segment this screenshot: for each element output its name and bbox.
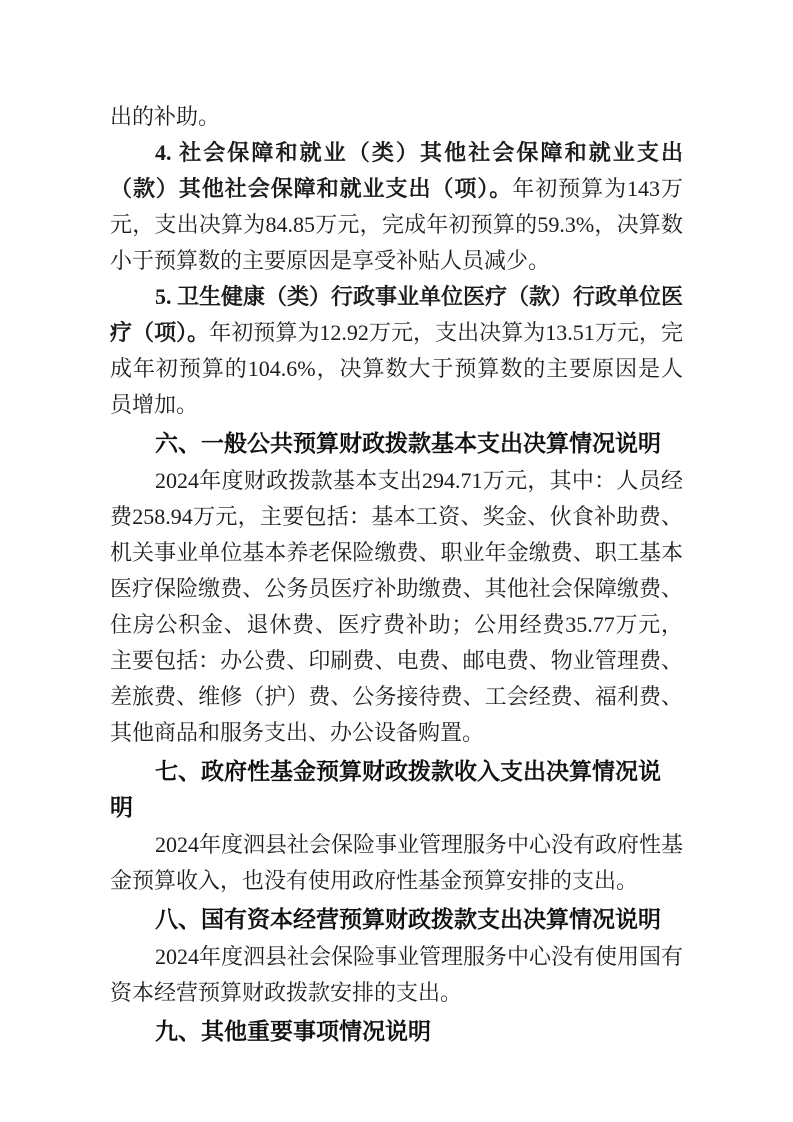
document-content: 出的补助。 4. 社会保障和就业（类）其他社会保障和就业支出（款）其他社会保障和… bbox=[110, 99, 683, 1051]
paragraph-item5: 5. 卫生健康（类）行政事业单位医疗（款）行政单位医疗（项）。年初预算为12.9… bbox=[110, 279, 683, 423]
paragraph-item4: 4. 社会保障和就业（类）其他社会保障和就业支出（款）其他社会保障和就业支出（项… bbox=[110, 135, 683, 279]
section-heading-8: 八、国有资本经营预算财政拨款支出决算情况说明 bbox=[110, 901, 683, 937]
section-heading-6: 六、一般公共预算财政拨款基本支出决算情况说明 bbox=[110, 425, 683, 461]
paragraph-section8: 2024年度泗县社会保险事业管理服务中心没有使用国有资本经营预算财政拨款安排的支… bbox=[110, 939, 683, 1011]
document-page: 出的补助。 4. 社会保障和就业（类）其他社会保障和就业支出（款）其他社会保障和… bbox=[0, 0, 793, 1122]
section-heading-9: 九、其他重要事项情况说明 bbox=[110, 1013, 683, 1049]
section-heading-7: 七、政府性基金预算财政拨款收入支出决算情况说明 bbox=[110, 753, 683, 825]
paragraph-continuation: 出的补助。 bbox=[110, 99, 683, 135]
paragraph-section6: 2024年度财政拨款基本支出294.71万元，其中：人员经费258.94万元，主… bbox=[110, 463, 683, 751]
paragraph-section7: 2024年度泗县社会保险事业管理服务中心没有政府性基金预算收入，也没有使用政府性… bbox=[110, 827, 683, 899]
